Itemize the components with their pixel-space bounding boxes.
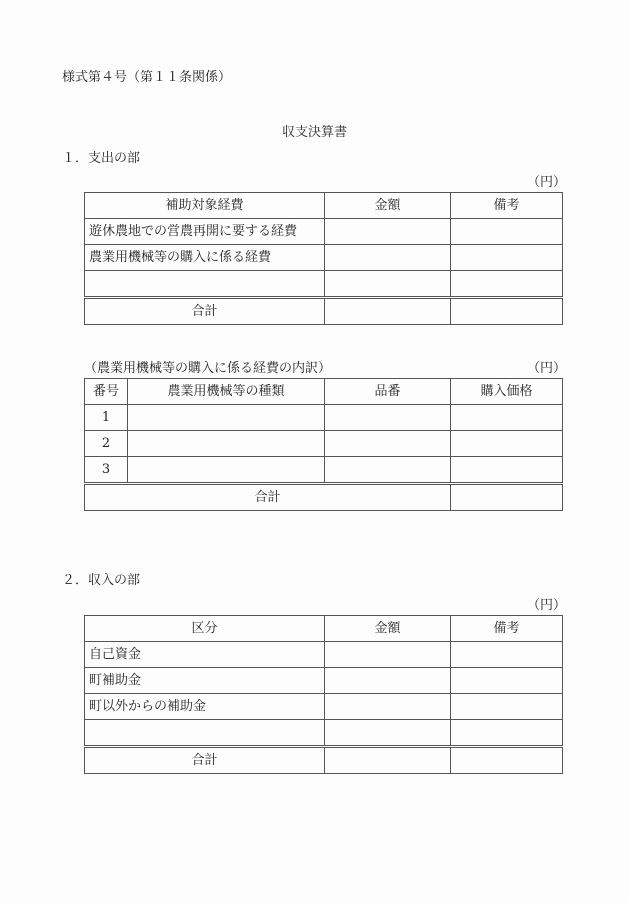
remarks-cell[interactable] <box>451 694 563 720</box>
header-cell: 農業用機械等の種類 <box>128 379 325 405</box>
remarks-cell[interactable] <box>451 271 563 298</box>
number-cell: 1 <box>85 405 128 431</box>
remarks-cell[interactable] <box>451 720 563 747</box>
table-row <box>85 271 563 298</box>
income-heading: ２．収入の部 <box>62 569 140 588</box>
total-remarks-cell[interactable] <box>451 298 563 325</box>
total-price-cell[interactable] <box>451 484 563 511</box>
income-table: 区分 金額 備考 自己資金 町補助金 町以外からの補助金 合計 <box>84 615 563 774</box>
amount-cell[interactable] <box>325 668 451 694</box>
amount-cell[interactable] <box>325 720 451 747</box>
breakdown-unit: （円） <box>527 357 566 376</box>
model-cell[interactable] <box>325 405 451 431</box>
table-row <box>85 720 563 747</box>
type-cell[interactable] <box>128 405 325 431</box>
document-title: 収支決算書 <box>282 121 347 140</box>
table-row: 町以外からの補助金 <box>85 694 563 720</box>
remarks-cell[interactable] <box>451 245 563 271</box>
table-row: 遊休農地での営農再開に要する経費 <box>85 219 563 245</box>
table-header-row: 補助対象経費 金額 備考 <box>85 193 563 219</box>
header-cell: 補助対象経費 <box>85 193 325 219</box>
category-cell: 自己資金 <box>85 642 325 668</box>
expenditure-heading: １．支出の部 <box>62 147 140 166</box>
model-cell[interactable] <box>325 457 451 484</box>
number-cell: 3 <box>85 457 128 484</box>
total-amount-cell[interactable] <box>325 747 451 774</box>
expenditure-table: 補助対象経費 金額 備考 遊休農地での営農再開に要する経費 農業用機械等の購入に… <box>84 192 563 325</box>
remarks-cell[interactable] <box>451 668 563 694</box>
category-cell[interactable] <box>85 720 325 747</box>
total-label: 合計 <box>85 747 325 774</box>
type-cell[interactable] <box>128 431 325 457</box>
total-row: 合計 <box>85 298 563 325</box>
total-remarks-cell[interactable] <box>451 747 563 774</box>
header-cell: 購入価格 <box>451 379 563 405</box>
table-header-row: 区分 金額 備考 <box>85 616 563 642</box>
breakdown-table: 番号 農業用機械等の種類 品番 購入価格 1 2 3 合計 <box>84 378 563 511</box>
table-row: 町補助金 <box>85 668 563 694</box>
item-cell[interactable] <box>85 271 325 298</box>
price-cell[interactable] <box>451 457 563 484</box>
total-label: 合計 <box>85 484 451 511</box>
header-cell: 金額 <box>325 616 451 642</box>
total-row: 合計 <box>85 747 563 774</box>
total-label: 合計 <box>85 298 325 325</box>
header-cell: 番号 <box>85 379 128 405</box>
amount-cell[interactable] <box>325 642 451 668</box>
header-cell: 備考 <box>451 193 563 219</box>
table-header-row: 番号 農業用機械等の種類 品番 購入価格 <box>85 379 563 405</box>
category-cell: 町以外からの補助金 <box>85 694 325 720</box>
expenditure-unit: （円） <box>527 171 566 190</box>
amount-cell[interactable] <box>325 694 451 720</box>
form-label: 様式第４号（第１１条関係） <box>62 66 231 85</box>
header-cell: 備考 <box>451 616 563 642</box>
header-cell: 品番 <box>325 379 451 405</box>
number-cell: 2 <box>85 431 128 457</box>
item-cell: 遊休農地での営農再開に要する経費 <box>85 219 325 245</box>
amount-cell[interactable] <box>325 245 451 271</box>
price-cell[interactable] <box>451 405 563 431</box>
header-cell: 金額 <box>325 193 451 219</box>
category-cell: 町補助金 <box>85 668 325 694</box>
type-cell[interactable] <box>128 457 325 484</box>
price-cell[interactable] <box>451 431 563 457</box>
item-cell: 農業用機械等の購入に係る経費 <box>85 245 325 271</box>
table-row: 農業用機械等の購入に係る経費 <box>85 245 563 271</box>
table-row: 1 <box>85 405 563 431</box>
income-unit: （円） <box>527 594 566 613</box>
total-amount-cell[interactable] <box>325 298 451 325</box>
breakdown-caption: （農業用機械等の購入に係る経費の内訳） <box>84 357 331 376</box>
remarks-cell[interactable] <box>451 219 563 245</box>
total-row: 合計 <box>85 484 563 511</box>
table-row: 2 <box>85 431 563 457</box>
table-row: 自己資金 <box>85 642 563 668</box>
model-cell[interactable] <box>325 431 451 457</box>
amount-cell[interactable] <box>325 219 451 245</box>
amount-cell[interactable] <box>325 271 451 298</box>
remarks-cell[interactable] <box>451 642 563 668</box>
header-cell: 区分 <box>85 616 325 642</box>
table-row: 3 <box>85 457 563 484</box>
